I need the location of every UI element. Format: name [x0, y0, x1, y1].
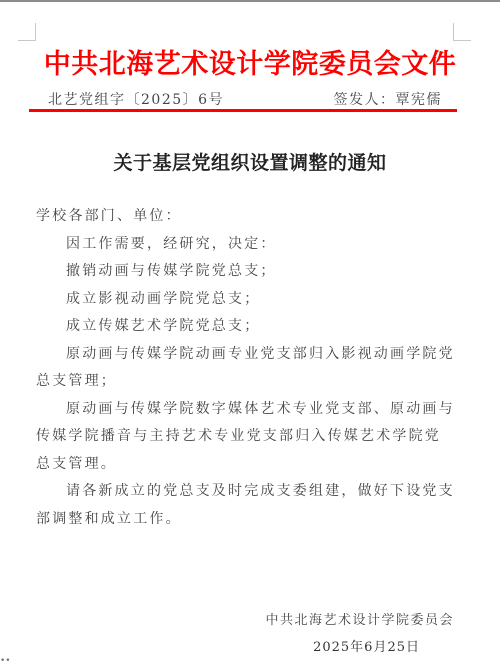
body-paragraph: 成立影视动画学院党总支；	[36, 286, 456, 314]
body-paragraph: 撤销动画与传媒学院党总支；	[36, 258, 456, 286]
document-number: 北艺党组字〔2025〕6号	[48, 89, 224, 109]
salutation: 学校各部门、单位：	[36, 203, 456, 231]
page-top-edge	[0, 0, 500, 2]
document-page: 中共北海艺术设计学院委员会文件 北艺党组字〔2025〕6号 签发人：覃宪儒 关于…	[0, 0, 500, 664]
crop-mark-top-left	[18, 23, 36, 41]
body-paragraph: 因工作需要，经研究，决定：	[36, 231, 456, 259]
body-paragraph: 成立传媒艺术学院党总支；	[36, 313, 456, 341]
notice-body: 学校各部门、单位： 因工作需要，经研究，决定： 撤销动画与传媒学院党总支； 成立…	[36, 203, 456, 533]
notice-title: 关于基层党组织设置调整的通知	[0, 148, 500, 175]
body-paragraph: 原动画与传媒学院数字媒体艺术专业党支部、原动画与传媒学院播音与主持艺术专业党支部…	[36, 396, 456, 479]
signature-date: 2025年6月25日	[313, 636, 420, 655]
red-header-title: 中共北海艺术设计学院委员会文件	[0, 42, 500, 81]
signature-organization: 中共北海艺术设计学院委员会	[265, 609, 454, 628]
page-break-marker: ••	[0, 657, 11, 664]
body-paragraph: 原动画与传媒学院动画专业党支部归入影视动画学院党总支管理；	[36, 341, 456, 396]
crop-mark-top-right	[453, 23, 471, 41]
red-separator-rule	[29, 109, 457, 112]
issuer-signature: 签发人：覃宪儒	[334, 89, 443, 109]
body-paragraph: 请各新成立的党总支及时完成支委组建，做好下设党支部调整和成立工作。	[36, 478, 456, 533]
